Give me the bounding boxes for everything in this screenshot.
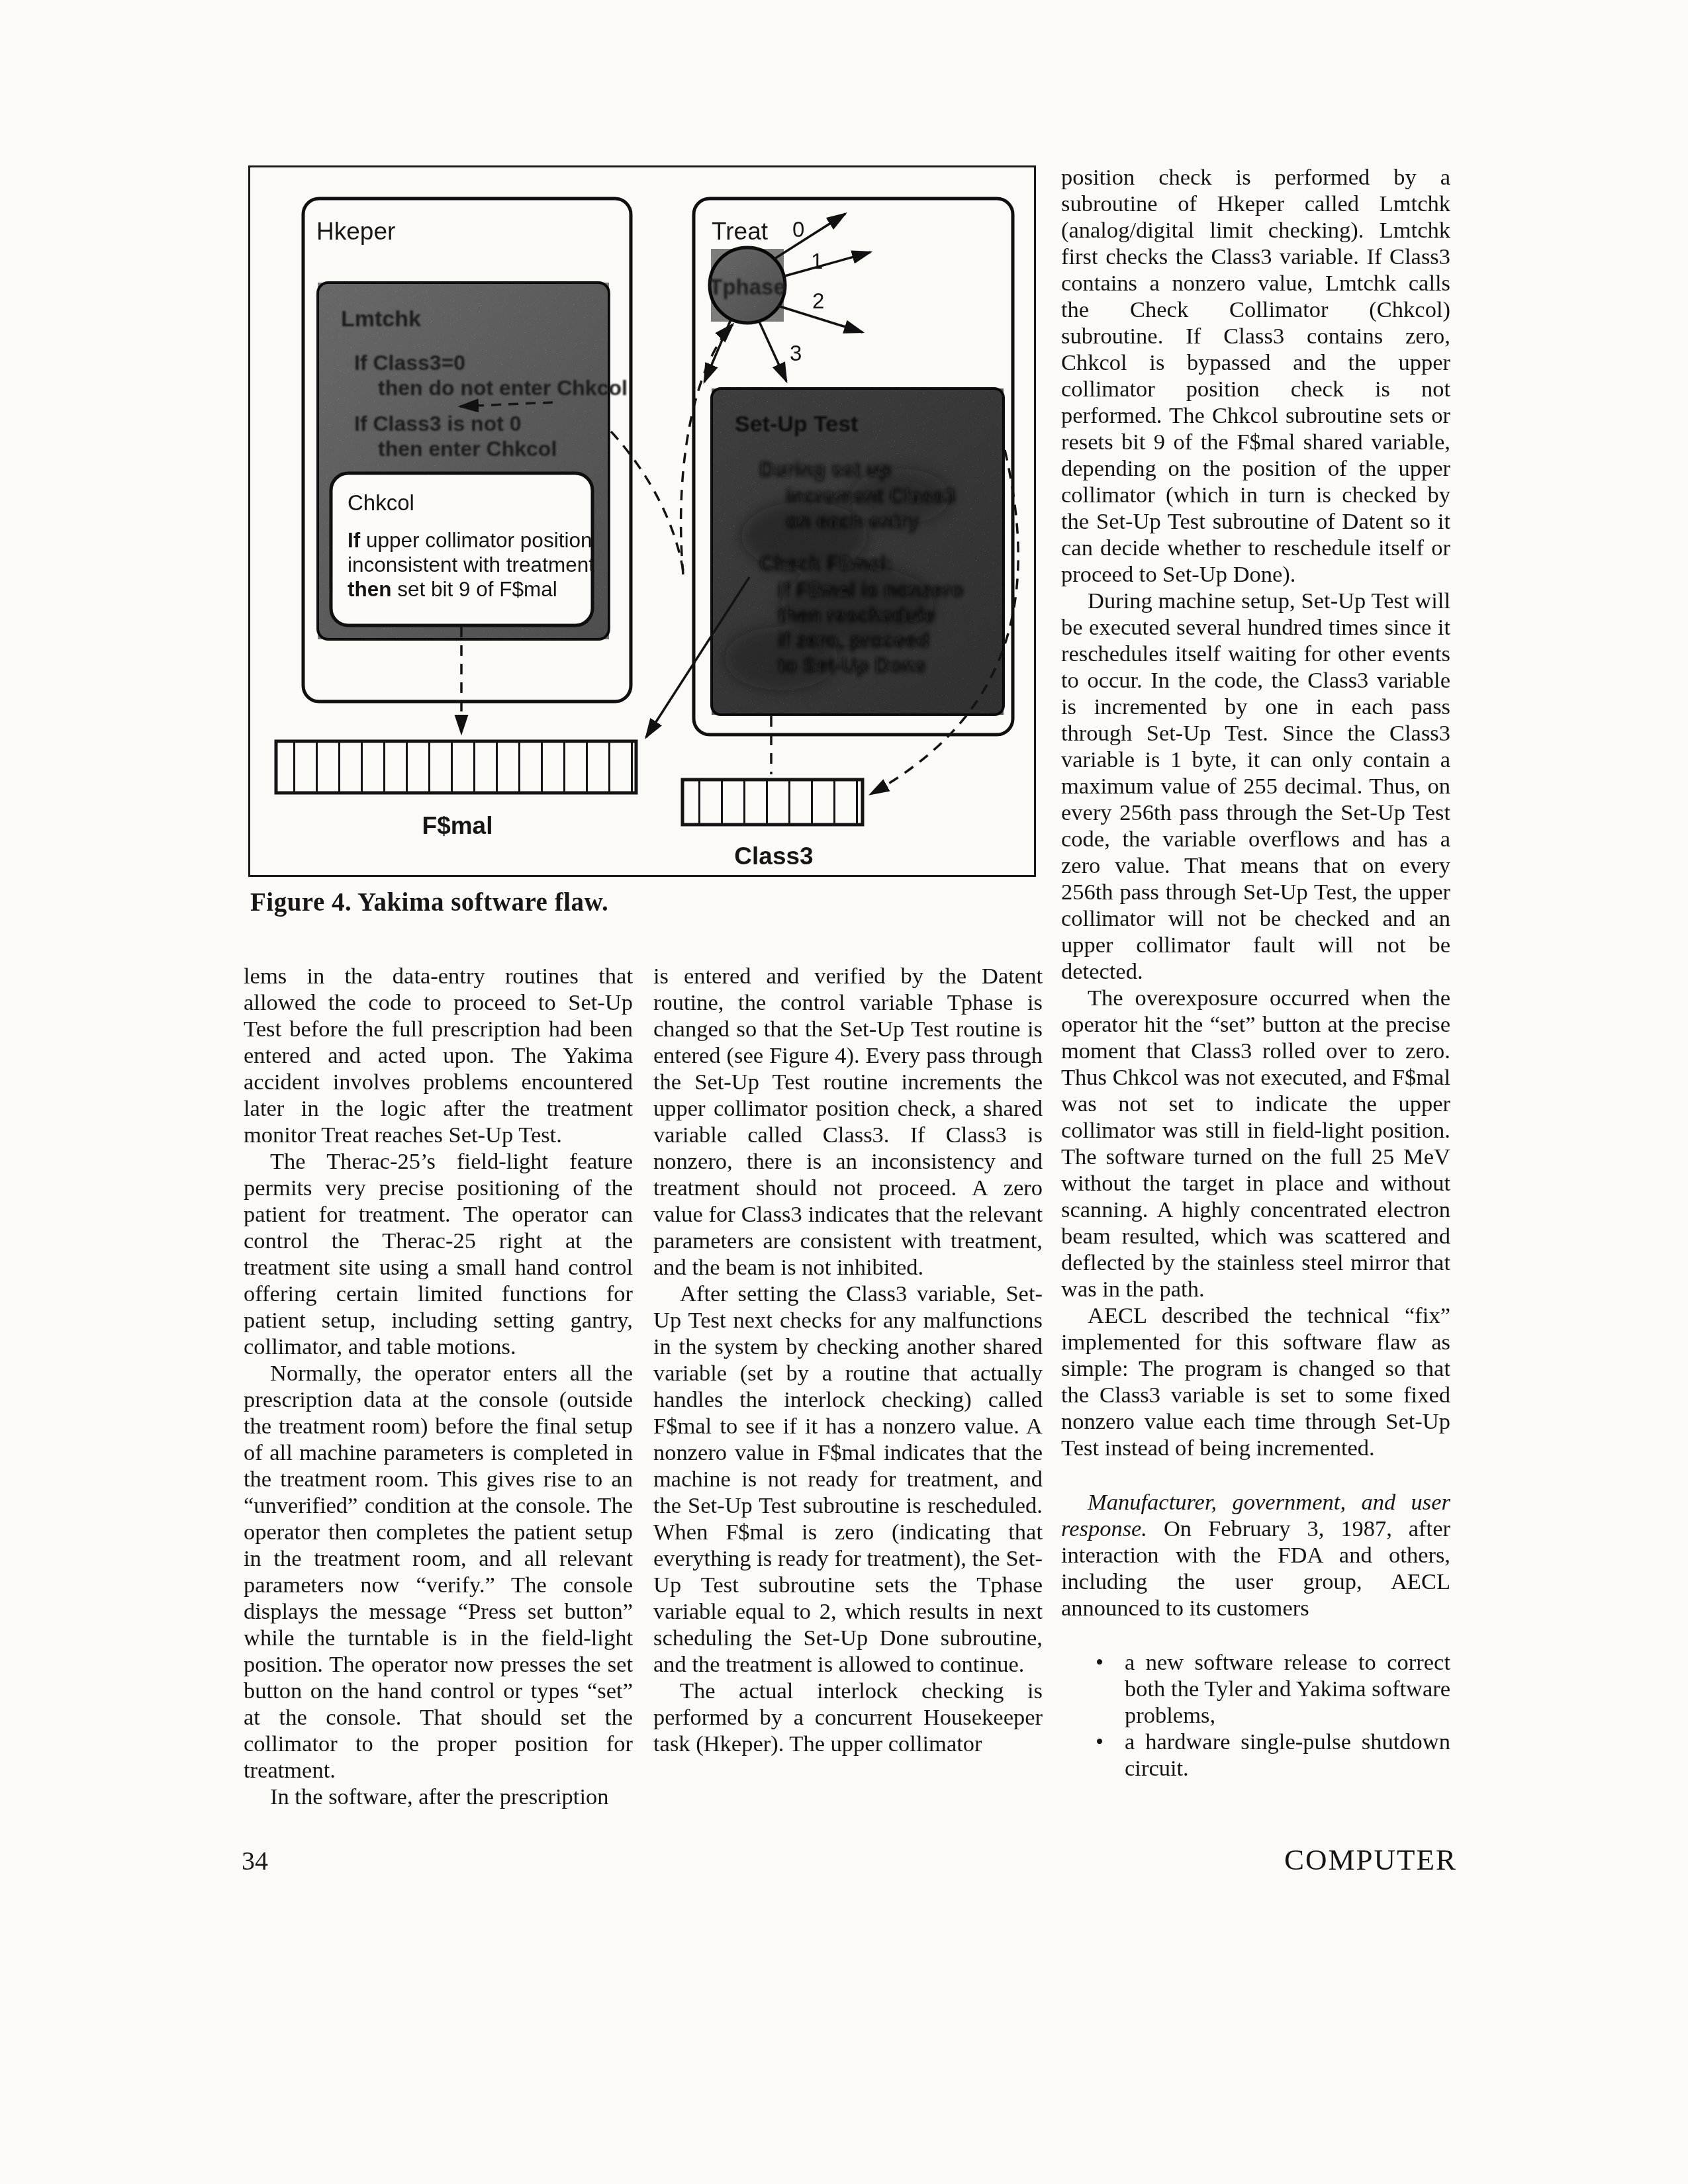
smudged-line: if zero, proceed [778,629,929,652]
yakima-flaw-svg: Hkeper Lmtchk If Class3=0 then do not en… [248,165,1036,877]
chkcol-line-1-rest: upper collimator position [360,528,592,552]
column-middle: is entered and verified by the Datent ro… [653,963,1043,1757]
lmtchk-line-2: then do not enter Chkcol [378,376,628,400]
bullet-item: •a new software release to correct both … [1061,1649,1450,1729]
paragraph: The overexposure occurred when the opera… [1061,985,1450,1302]
lmtchk-line-1: If Class3=0 [354,351,465,375]
arrow-label-0: 0 [792,217,804,242]
chkcol-title: Chkcol [348,490,414,515]
figure-4-diagram: Hkeper Lmtchk If Class3=0 then do not en… [248,165,1036,877]
smudged-line: If F$mal is nonzero [778,578,964,602]
tphase-label: Tphase [709,275,786,299]
scanned-paper-page: { "figure": { "caption": "Figure 4. Yaki… [0,0,1688,2184]
lmtchk-line-4: then enter Chkcol [378,437,557,461]
smudged-line: Check F$mal: [759,552,893,575]
smudged-line: then reschedule [778,604,935,627]
smudged-line: During set up [759,458,892,481]
smudged-line: increment Class3 [786,484,956,508]
lmtchk-line-3: If Class3 is not 0 [354,412,522,435]
chkcol-line-3-rest: set bit 9 of F$mal [392,577,557,601]
chkcol-line-2: inconsistent with treatment [348,553,594,576]
figure-caption: Figure 4. Yakima software flaw. [250,887,608,917]
smudged-line: to Set-Up Done [778,654,926,677]
setup-test-box: Set-Up Test During set up increment Clas… [712,388,1004,715]
tphase-node: Tphase [709,248,786,323]
column-left: lems in the data-entry routines that all… [244,963,633,1810]
paragraph: In the software, after the prescription [244,1784,633,1810]
setup-test-title: Set-Up Test [735,412,858,437]
hkeper-label: Hkeper [316,218,395,245]
page-number: 34 [242,1845,268,1876]
column-right: position check is performed by a subrout… [1061,164,1450,1782]
paragraph: The actual interlock checking is perform… [653,1678,1043,1757]
paragraph: After setting the Class3 variable, Set-U… [653,1281,1043,1678]
class3-label: Class3 [734,842,813,870]
bullet-text: a hardware single-pulse shutdown circuit… [1125,1729,1450,1781]
bullet-marker: • [1096,1649,1103,1676]
paragraph: is entered and verified by the Datent ro… [653,963,1043,1281]
paragraph: position check is performed by a subrout… [1061,164,1450,588]
bullet-text: a new software release to correct both t… [1125,1650,1450,1728]
bullet-item: •a hardware single-pulse shutdown circui… [1061,1729,1450,1782]
arrow-label-2: 2 [812,289,824,313]
chkcol-line-3: then set bit 9 of F$mal [348,577,557,601]
chkcol-box: Chkcol If upper collimator position inco… [331,473,594,625]
paragraph: During machine setup, Set-Up Test will b… [1061,588,1450,985]
paragraph: Normally, the operator enters all the pr… [244,1360,633,1784]
smudged-line: on each entry [786,510,919,533]
arrow-label-1: 1 [811,249,823,273]
chkcol-line-1: If upper collimator position [348,528,592,552]
chkcol-then: then [348,577,392,601]
chkcol-if: If [348,528,361,552]
fsmal-label: F$mal [422,812,493,839]
arrow-label-3: 3 [790,341,802,365]
paragraph-manufacturer-response: Manufacturer, government, and user respo… [1061,1489,1450,1621]
treat-label: Treat [712,218,769,245]
journal-name: COMPUTER [1284,1843,1448,1877]
paragraph: lems in the data-entry routines that all… [244,963,633,1148]
lmtchk-title: Lmtchk [341,306,421,332]
paragraph: The Therac-25’s field-light feature perm… [244,1148,633,1360]
bullet-marker: • [1096,1729,1103,1755]
paragraph: AECL described the technical “fix” imple… [1061,1302,1450,1461]
